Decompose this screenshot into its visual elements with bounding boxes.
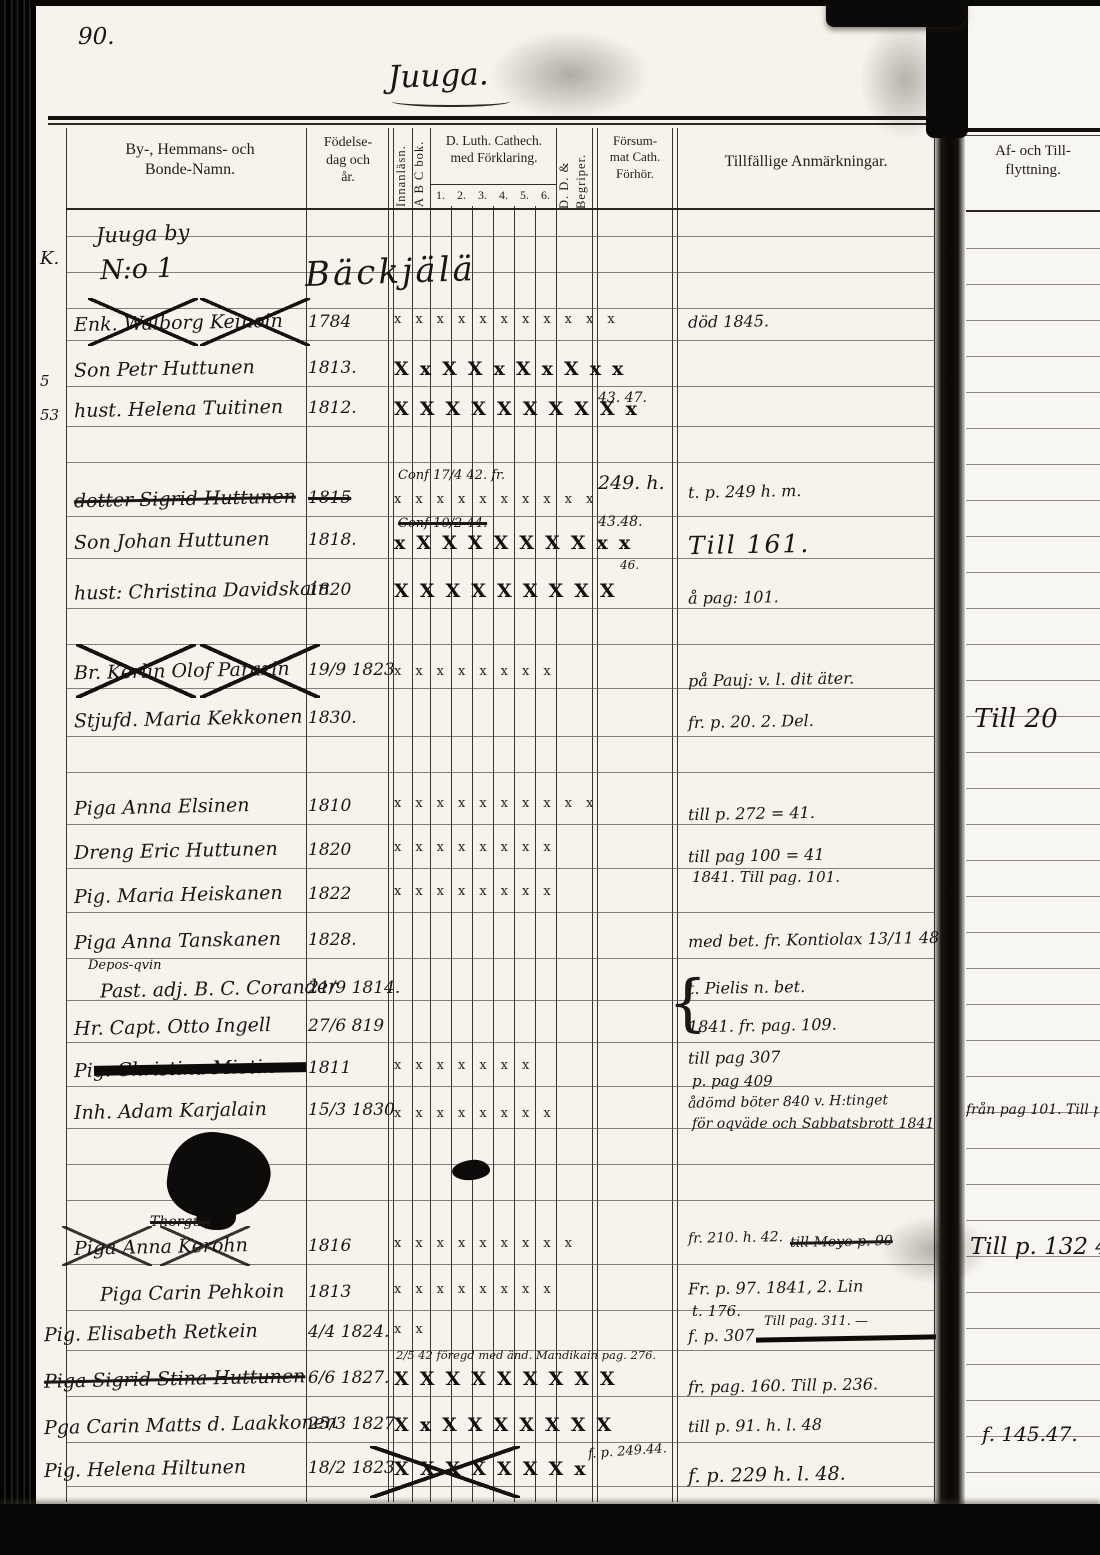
remark-cell: till p. 272 = 41. (688, 803, 815, 824)
confirmation-note: Conf 10/2 44. (398, 516, 487, 531)
name-cell: Pig. Elisabeth Retkein (44, 1320, 258, 1346)
rule-line (966, 932, 1100, 933)
crossout-x (200, 298, 310, 346)
page-title: Juuga. (387, 56, 489, 95)
column-line (672, 128, 673, 1502)
rule-line (966, 1328, 1100, 1329)
marks-cell: XXXXXXXXXx (394, 398, 648, 420)
crossout-x (88, 298, 198, 346)
marks-cell: xxxxxxxx (394, 840, 565, 855)
column-header-migration: Af- och Till- flyttning. (966, 142, 1100, 180)
marks-cell: xx (394, 1322, 437, 1337)
crossout-x (370, 1446, 520, 1498)
name-label: Depos-qvin (88, 958, 162, 973)
scan-border-corner (826, 0, 966, 27)
remark-struck: till Moyo p. 90 (790, 1233, 893, 1251)
remark-cell-2: Till pag. 311. — (764, 1314, 868, 1329)
missed-exam-cell: 249. h. (598, 472, 665, 494)
crossout-x (76, 644, 196, 698)
scanned-ledger-page: 90. Juuga. By-, Hemmans- och Bonde-Namn.… (0, 0, 1100, 1555)
rule-line (966, 968, 1100, 969)
name-cell: Inh. Adam Karjalain (74, 1098, 267, 1124)
remark-cell: Fr. p. 97. 1841, 2. Lin (688, 1276, 864, 1298)
rule-line (966, 1076, 1100, 1077)
exam-note: 2/5 42 föregd med änd. Mandikain pag. 27… (396, 1348, 656, 1362)
remark-cell: fr. pag. 160. Till p. 236. (688, 1374, 878, 1396)
marks-cell: xxxxxxx (394, 1058, 543, 1073)
margin-letter: K. (40, 248, 59, 269)
column-header-remarks: Tillfällige Anmärkningar. (677, 152, 935, 172)
rule-line (66, 736, 935, 737)
rule-line (66, 558, 935, 559)
rule-line (966, 860, 1100, 861)
catechism-col-2: 2. (451, 188, 472, 203)
right-table-top-rule (962, 128, 1100, 132)
birth-cell: 19/9 1823 (308, 660, 395, 680)
marks-cell: xxxxxxxx (394, 1282, 565, 1297)
name-cell: Son Petr Huttunen (74, 356, 255, 382)
column-header-name: By-, Hemmans- och Bonde-Namn. (80, 140, 300, 180)
migration-note: från pag 101. Till pag (966, 1102, 1098, 1118)
column-header-birth: Födelse- dag och år. (308, 134, 388, 187)
birth-cell: 1820 (308, 580, 351, 600)
page-number: 90. (78, 24, 115, 50)
birth-cell: 21/9 1814. (308, 978, 400, 998)
rule-line (966, 248, 1100, 249)
rule-line (966, 680, 1100, 681)
name-cell: dotter Sigrid Huttunen (74, 486, 296, 513)
rule-line (966, 320, 1100, 321)
remark-cell: å pag: 101. (688, 587, 779, 608)
catechism-col-3: 3. (472, 188, 493, 203)
rule-line (66, 272, 935, 273)
remark-cell-2: 1841. Till pag. 101. (692, 868, 840, 886)
name-cell: Piga Anna Tanskanen (74, 928, 281, 954)
farm-number: N:o 1 (99, 253, 174, 287)
column-header-reading: Innanläsn. (394, 131, 409, 207)
name-cell: Hr. Capt. Otto Ingell (74, 1014, 271, 1040)
birth-cell: 25/3 1827 (308, 1414, 395, 1434)
marks-cell: XXXXXXXXX (394, 580, 626, 602)
rule-line (966, 1472, 1100, 1473)
catechism-col-4: 4. (493, 188, 514, 203)
remark-cell-2: för oqväde och Sabbatsbrott 1841 (692, 1116, 934, 1132)
remark-cell: fr. 210. h. 42. (688, 1229, 783, 1247)
crossout-x (62, 1226, 152, 1266)
marks-cell: xxxxxxxxxx (394, 492, 607, 507)
rule-line (66, 1086, 935, 1087)
right-table-top-rule (962, 135, 1100, 136)
column-line (592, 128, 593, 1502)
rule-line (66, 1442, 935, 1443)
column-header-dd: D. D. & (557, 131, 572, 209)
marks-cell: xXXXXXXXxx (394, 532, 641, 554)
birth-cell: 1820 (308, 840, 351, 860)
birth-cell: 1784 (308, 312, 351, 332)
name-cell: Pig. Maria Heiskanen (74, 882, 283, 908)
birth-cell: 1810 (308, 796, 351, 816)
rule-line (66, 644, 935, 645)
missed-exam-cell: 43.48. (598, 514, 643, 530)
table-top-rule (48, 116, 938, 120)
rule-line (966, 752, 1100, 753)
column-header-missed-exam: Försum- mat Cath. Förhör. (598, 133, 672, 182)
column-line (66, 128, 67, 1502)
marks-cell: xxxxxxxxxx (394, 796, 607, 811)
remark-cell: till p. 91. h. l. 48 (688, 1415, 822, 1436)
rule-line (66, 462, 935, 463)
rule-line (66, 1310, 935, 1311)
remark-cell: på Pauj: v. l. dit äter. (688, 669, 854, 691)
rule-line (966, 1364, 1100, 1365)
marks-cell: xxxxxxxxxxx (394, 312, 629, 327)
rule-line (66, 516, 935, 517)
remark-cell: 1841. fr. pag. 109. (688, 1015, 837, 1037)
migration-note: Till p. 132 47 (970, 1234, 1100, 1260)
crossout-x (160, 1226, 250, 1266)
name-cell: hust. Helena Tuitinen (74, 396, 284, 422)
migration-note: f. 145.47. (982, 1422, 1078, 1446)
right-page-paper (964, 6, 1100, 1504)
birth-cell: 27/6 819 (308, 1016, 384, 1036)
rule-line (966, 896, 1100, 897)
rule-line (966, 1220, 1100, 1221)
name-cell: Piga Anna Elsinen (74, 794, 250, 820)
rule-line (966, 1004, 1100, 1005)
catechism-group-rule (430, 184, 556, 185)
remark-cell-2: t. 176. (692, 1302, 741, 1320)
remark-cell-2: p. pag 409 (692, 1072, 773, 1090)
margin-number: 5 (40, 372, 50, 390)
column-line (677, 128, 678, 1502)
rule-line (966, 824, 1100, 825)
remark-cell: f. p. 229 h. l. 48. (688, 1463, 846, 1488)
catechism-col-1: 1. (430, 188, 451, 203)
name-cell: Piga Carin Pehkoin (100, 1280, 285, 1306)
rule-line (966, 644, 1100, 645)
rule-line (66, 912, 935, 913)
name-cell: Pig. Helena Hiltunen (44, 1456, 247, 1482)
birth-cell: 1811 (308, 1058, 351, 1078)
header-bottom-rule (66, 208, 935, 210)
rule-line (966, 284, 1100, 285)
migration-note: Till 20 (974, 704, 1058, 734)
rule-line (966, 572, 1100, 573)
birth-cell: 1812. (308, 398, 357, 418)
rule-line (966, 428, 1100, 429)
birth-cell: 1830. (308, 708, 357, 728)
birth-cell: 1818. (308, 530, 357, 550)
rule-line (66, 772, 935, 773)
margin-number: 53 (40, 406, 59, 424)
marks-cell: XxXXXXXXX (394, 1414, 622, 1436)
rule-line (966, 464, 1100, 465)
rule-line (966, 1400, 1100, 1401)
rule-line (66, 1042, 935, 1043)
rule-line (966, 392, 1100, 393)
remark-cell: till pag 100 = 41 (688, 845, 825, 866)
crossout-x (200, 644, 320, 698)
rule-line (966, 356, 1100, 357)
column-line (597, 128, 598, 1502)
remark-cell: f. p. 307. (688, 1325, 760, 1345)
rule-line (66, 426, 935, 427)
catechism-col-5: 5. (514, 188, 535, 203)
title-flourish (392, 96, 510, 107)
birth-cell: 15/3 1830 (308, 1100, 395, 1120)
column-line (388, 128, 389, 1502)
marks-cell: XxXXxXxXxx (394, 358, 634, 380)
column-header-catechism: D. Luth. Cathech. med Förklaring. (432, 133, 556, 167)
rule-line (966, 1184, 1100, 1185)
farm-name: Bäckjälä (304, 249, 476, 295)
rule-line (966, 1292, 1100, 1293)
birth-cell: 4/4 1824. (308, 1322, 389, 1342)
name-cell: Son Johan Huttunen (74, 528, 270, 554)
rule-line (66, 608, 935, 609)
birth-cell: 1822 (308, 884, 351, 904)
name-cell: Dreng Eric Huttunen (74, 838, 278, 864)
rule-line (66, 958, 935, 959)
birth-cell: 1815 (308, 488, 351, 508)
birth-cell: 6/6 1827. (308, 1368, 389, 1388)
remark-cell: t. Pielis n. bet. (688, 977, 806, 998)
rule-line (66, 824, 935, 825)
birth-cell: 1813. (308, 358, 357, 378)
rule-line (66, 1396, 935, 1397)
confirmation-note: Conf 17/4 42. fr. (398, 468, 505, 483)
remark-cell: till pag 307 (688, 1047, 781, 1068)
right-header-bottom-rule (966, 210, 1100, 212)
book-fold (933, 0, 965, 1508)
rule-line (966, 608, 1100, 609)
scan-border-left (0, 0, 36, 1555)
marks-cell: XXXXXXXXX (394, 1368, 626, 1390)
rule-line (966, 788, 1100, 789)
marks-cell: xxxxxxxx (394, 1106, 565, 1121)
table-top-rule (48, 123, 938, 125)
birth-cell: 1816 (308, 1236, 351, 1256)
rule-line (966, 1148, 1100, 1149)
birth-cell: 1813 (308, 1282, 351, 1302)
birth-cell: 1828. (308, 930, 357, 950)
scan-border-bottom (0, 1504, 1100, 1555)
rule-line (966, 536, 1100, 537)
marks-cell: xxxxxxxx (394, 884, 565, 899)
village-heading: Juuga by (96, 220, 190, 247)
rule-line (966, 500, 1100, 501)
remark-cell: Till 161. (688, 529, 811, 560)
remark-cell: fr. p. 20. 2. Del. (688, 711, 814, 732)
remark-cell: t. p. 249 h. m. (688, 481, 802, 502)
rule-line (966, 1040, 1100, 1041)
column-header-abc-book: A B C bok. (412, 131, 427, 207)
rule-line (66, 386, 935, 387)
catechism-col-6: 6. (535, 188, 556, 203)
rule-line (66, 236, 935, 237)
missed-exam-cell-2: 46. (620, 558, 639, 572)
remark-cell: död 1845. (688, 311, 769, 331)
marks-cell: xxxxxxxx (394, 664, 565, 679)
column-header-begriper: Begriper. (574, 131, 589, 209)
marks-cell: xxxxxxxxx (394, 1236, 586, 1251)
